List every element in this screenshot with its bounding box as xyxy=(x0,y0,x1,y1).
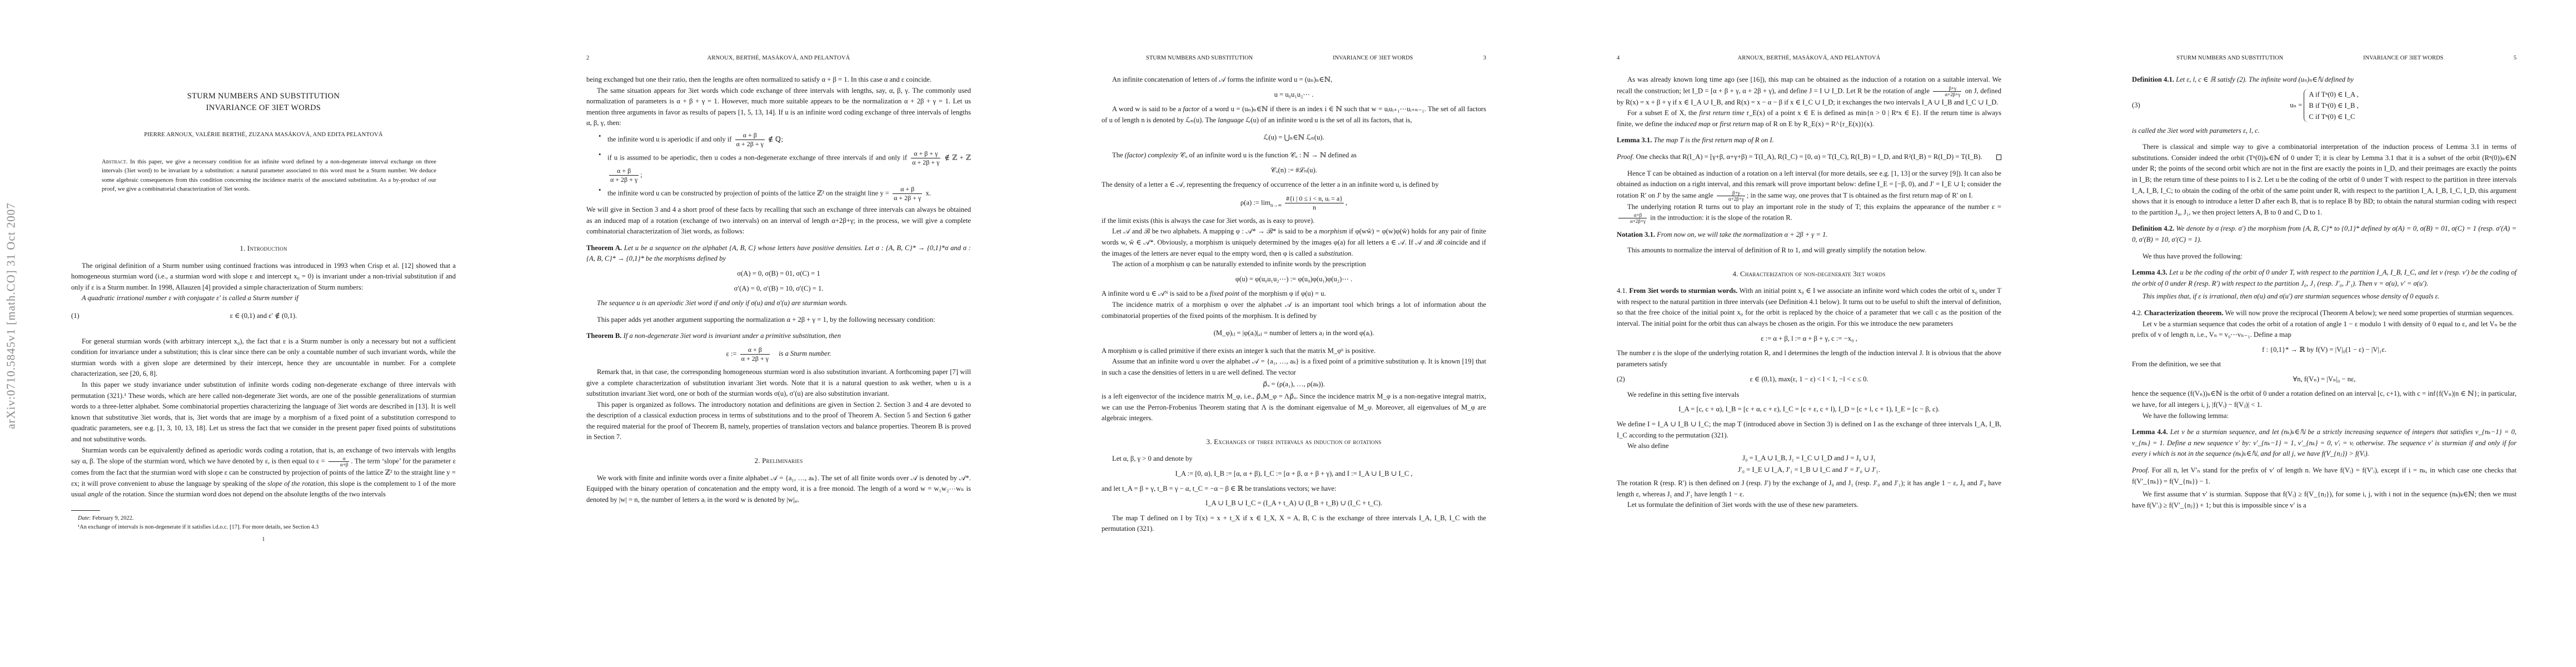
paragraph: We thus have proved the following: xyxy=(2132,251,2517,262)
equation-new-parameters: ε := α + β, l := α + β + γ, c := −x₀ , xyxy=(1617,333,2001,345)
lemma-4-3-continuation: This implies that, if ε is irrational, t… xyxy=(2132,291,2517,302)
running-header: STURM NUMBERS AND SUBSTITUTION INVARIANC… xyxy=(1102,55,1486,64)
equation-f-vn: ∀n, f(Vₙ) = |Vₙ|₀ − nε, xyxy=(2132,374,2517,385)
paragraph: We redefine in this setting five interva… xyxy=(1617,390,2001,401)
equation-phi: φ(u) = φ(u₀u₁u₂⋯) := φ(u₀)φ(u₁)φ(u₂)⋯ . xyxy=(1102,274,1486,285)
subsection-4-1: 4.1. From 3iet words to sturmian words. … xyxy=(1617,286,2001,329)
paragraph: if the limit exists (this is always the … xyxy=(1102,216,1486,227)
equation-five-intervals: I_A = [c, c + α), I_B = [c + α, c + ε), … xyxy=(1617,404,2001,415)
paragraph: Hence T can be obtained as induction of … xyxy=(1617,168,2001,202)
lemma-3-1: Lemma 3.1. The map T is the first return… xyxy=(1617,135,2001,146)
definition-4-1: Definition 4.1. Let ε, l, c ∈ ℝ satisfy … xyxy=(2132,74,2517,86)
paragraph: We work with finite and infinite words o… xyxy=(586,473,971,506)
equation-density: ρ(a) := limn→∞ #{i | 0 ≤ i < n, uᵢ = a}n… xyxy=(1102,195,1486,212)
equation-union: I_A ∪ I_B ∪ I_C = (I_A + t_A) ∪ (I_B + t… xyxy=(1102,498,1486,509)
bullet-item-projection: the infinite word u can be constructed b… xyxy=(606,185,971,202)
bullet-list: the infinite word u is aperiodic if and … xyxy=(606,131,971,202)
paragraph: The density of a letter a ∈ 𝒜, represent… xyxy=(1102,180,1486,191)
intro-paragraph-4: Sturmian words can be equivalently defin… xyxy=(71,445,456,500)
paragraph: There is classical and simple way to giv… xyxy=(2132,142,2517,218)
theorem-b: Theorem B. If a non-degenerate 3iet word… xyxy=(586,331,971,342)
page-number: 5 xyxy=(2514,55,2517,61)
paragraph: Let α, β, γ > 0 and denote by xyxy=(1102,454,1486,465)
equation-j-prime-intervals: J′₀ = I_E ∪ I_A, J′₁ = I_B ∪ I_C and J′ … xyxy=(1617,465,2001,476)
arxiv-stamp: arXiv:0710.5845v1 [math.CO] 31 Oct 2007 xyxy=(3,156,19,475)
paragraph: The same situation appears for 3iet word… xyxy=(586,86,971,129)
subsection-4-2: 4.2. Characterization theorem. We will n… xyxy=(2132,308,2517,319)
equation-3: (3) uₙ = A if Tⁿ(0) ∈ I_A , B if Tⁿ(0) ∈… xyxy=(2132,89,2517,122)
paragraph: The rotation R (resp. R′) is then define… xyxy=(1617,478,2001,500)
lemma-4-4: Lemma 4.4. Let v be a sturmian sequence,… xyxy=(2132,427,2517,460)
paragraph: The underlying rotation R turns out to p… xyxy=(1617,202,2001,225)
paragraph: hence the sequence (f(Vₙ))ₙ∈ℕ is the orb… xyxy=(2132,389,2517,410)
paragraph: The number ε is the slope of the underly… xyxy=(1617,348,2001,370)
paragraph: The (factor) complexity 𝒞ᵤ of an infinit… xyxy=(1102,150,1486,161)
footnote-1: ¹An exchange of intervals is non-degener… xyxy=(71,523,456,532)
page-2-body: being exchanged but one their ratio, the… xyxy=(586,74,971,505)
paragraph: This amounts to normalize the interval o… xyxy=(1617,245,2001,256)
running-head-authors: ARNOUX, BERTHÉ, MASÁKOVÁ, AND PELANTOVÁ xyxy=(1617,55,2001,61)
paragraph: As was already known long time ago (see … xyxy=(1617,74,2001,108)
running-header: 4 ARNOUX, BERTHÉ, MASÁKOVÁ, AND PELANTOV… xyxy=(1617,55,2001,64)
page-3: STURM NUMBERS AND SUBSTITUTION INVARIANC… xyxy=(1030,0,1546,667)
paragraph: We define I = I_A ∪ I_B ∪ I_C; the map T… xyxy=(1617,419,2001,441)
paragraph: A morphism φ is called primitive if ther… xyxy=(1102,346,1486,357)
paragraph: Assume that an infinite word u over the … xyxy=(1102,356,1486,378)
page-3-body: An infinite concatenation of letters of … xyxy=(1102,74,1486,535)
running-head-authors: ARNOUX, BERTHÉ, MASÁKOVÁ, AND PELANTOVÁ xyxy=(586,55,971,61)
paragraph: This paper adds yet another argument sup… xyxy=(586,315,971,326)
page-4-body: As was already known long time ago (see … xyxy=(1617,74,2001,511)
paragraph: The incidence matrix of a morphism φ ove… xyxy=(1102,300,1486,321)
theorem-a: Theorem A. Let u be a sequence on the al… xyxy=(586,243,971,265)
equation-1: (1) ε ∈ (0,1) and ε′ ∉ (0,1). xyxy=(71,311,456,322)
lemma-4-3: Lemma 4.3. Let u be the coding of the or… xyxy=(2132,267,2517,289)
equation-intervals: I_A := [0, α), I_B := [α, α + β), I_C :=… xyxy=(1102,469,1486,480)
paragraph: We first assume that v′ is sturmian. Sup… xyxy=(2132,489,2517,511)
page-1-intro: 1. Introduction The original definition … xyxy=(71,243,456,545)
page-2: 2 ARNOUX, BERTHÉ, MASÁKOVÁ, AND PELANTOV… xyxy=(515,0,1030,667)
paragraph: Let us formulate the definition of 3iet … xyxy=(1617,500,2001,511)
section-1-heading: 1. Introduction xyxy=(71,243,456,254)
page-1: arXiv:0710.5845v1 [math.CO] 31 Oct 2007 … xyxy=(0,0,515,667)
page-5-body: Definition 4.1. Let ε, l, c ∈ ℝ satisfy … xyxy=(2132,74,2517,511)
theorem-b-formula: ε := α + βα + 2β + γ is a Sturm number. xyxy=(586,346,971,363)
paper-title-line-1: STURM NUMBERS AND SUBSTITUTION xyxy=(71,91,456,102)
theorem-a-label: Theorem A. xyxy=(586,244,622,252)
abstract-text: In this paper, we give a necessary condi… xyxy=(102,158,436,193)
paragraph: Let v be a sturmian sequence that codes … xyxy=(2132,319,2517,341)
equation-2: (2) ε ∈ (0,1), max(ε, 1 − ε) < l < 1, −l… xyxy=(1617,374,2001,385)
footnote-date: Date: February 9, 2022. xyxy=(71,514,456,523)
page-1-body: STURM NUMBERS AND SUBSTITUTION INVARIANC… xyxy=(71,91,456,194)
section-3-heading: 3. Exchanges of three intervals as induc… xyxy=(1102,436,1486,447)
paragraph: For a subset E of X, the first return ti… xyxy=(1617,108,2001,130)
equation-1-tag: (1) xyxy=(71,311,79,322)
intro-paragraph-2: For general sturmian words (with arbitra… xyxy=(71,336,456,380)
paragraph: The action of a morphism φ can be natura… xyxy=(1102,259,1486,270)
paragraph: is a left eigenvector of the incidence m… xyxy=(1102,391,1486,424)
section-4-heading: 4. Characterization of non-degenerate 3i… xyxy=(1617,268,2001,280)
paragraph: This paper is organized as follows. The … xyxy=(586,400,971,443)
abstract-label: Abstract. xyxy=(102,158,128,165)
running-header: 2 ARNOUX, BERTHÉ, MASÁKOVÁ, AND PELANTOV… xyxy=(586,55,971,64)
intro-paragraph-3: In this paper we study invariance under … xyxy=(71,380,456,445)
proof: Proof. One checks that R(I_A) = [γ+β, α+… xyxy=(1617,152,2001,163)
equation-incidence-matrix: (M_φ)ᵢⱼ = |φ(aᵢ)|ₐⱼ = number of letters … xyxy=(1102,328,1486,339)
equation-density-vector: ρ⃗ᵤ = (ρ(a₁), …, ρ(aₖ)). xyxy=(1102,379,1486,390)
sigma-definition: σ(A) = 0, σ(B) = 01, σ(C) = 1 xyxy=(586,268,971,280)
footnote-rule xyxy=(71,510,100,511)
running-header: STURM NUMBERS AND SUBSTITUTION INVARIANC… xyxy=(2132,55,2517,64)
paragraph: A word w is said to be a factor of a wor… xyxy=(1102,104,1486,126)
equation-1-body: ε ∈ (0,1) and ε′ ∉ (0,1). xyxy=(230,312,297,320)
proof: Proof. For all n, let V′ₙ stand for the … xyxy=(2132,465,2517,487)
theorem-a-conclusion: The sequence u is an aperiodic 3iet word… xyxy=(586,298,971,309)
definition-4-2: Definition 4.2. We denote by σ (resp. σ′… xyxy=(2132,223,2517,245)
theorem-b-label: Theorem B. xyxy=(586,332,621,340)
sigma-prime-definition: σ′(A) = 0, σ′(B) = 10, σ′(C) = 1. xyxy=(586,283,971,295)
page-number: 3 xyxy=(1483,55,1486,61)
sturm-number-definition: A quadratic irrational number ε with con… xyxy=(71,293,456,304)
page-number: 1 xyxy=(71,534,456,545)
paragraph: The map T defined on I by T(x) = x + t_X… xyxy=(1102,513,1486,535)
page-4: 4 ARNOUX, BERTHÉ, MASÁKOVÁ, AND PELANTOV… xyxy=(1546,0,2061,667)
paper-title-line-2: INVARIANCE OF 3IET WORDS xyxy=(71,102,456,114)
bullet-item-aperiodic: the infinite word u is aperiodic if and … xyxy=(606,131,971,148)
paragraph: From the definition, we see that xyxy=(2132,359,2517,370)
running-head-title-left: STURM NUMBERS AND SUBSTITUTION xyxy=(1146,55,1253,61)
running-head-title-left: STURM NUMBERS AND SUBSTITUTION xyxy=(2176,55,2283,61)
definition-4-1-conclusion: is called the 3iet word with parameters … xyxy=(2132,126,2517,137)
paragraph: We have the following lemma: xyxy=(2132,411,2517,422)
paper-authors: PIERRE ARNOUX, VALÉRIE BERTHÉ, ZUZANA MA… xyxy=(71,130,456,141)
page-5: STURM NUMBERS AND SUBSTITUTION INVARIANC… xyxy=(2061,0,2576,667)
equation-language: ℒ(u) = ⋃ₙ∈ℕ ℒₙ(u). xyxy=(1102,132,1486,143)
piecewise-cases: A if Tⁿ(0) ∈ I_A , B if Tⁿ(0) ∈ I_B , C … xyxy=(2304,89,2358,122)
equation-complexity: 𝒞ᵤ(n) := #ℒₙ(u). xyxy=(1102,165,1486,176)
paragraph: Let 𝒜 and ℬ be two alphabets. A mapping … xyxy=(1102,226,1486,259)
abstract: Abstract. In this paper, we give a neces… xyxy=(102,157,436,194)
paragraph: An infinite concatenation of letters of … xyxy=(1102,74,1486,86)
paragraph: and let t_A = β + γ, t_B = γ − α, t_C = … xyxy=(1102,484,1486,495)
intro-paragraph-1: The original definition of a Sturm numbe… xyxy=(71,261,456,293)
paragraph: We will give in Section 3 and 4 a short … xyxy=(586,205,971,237)
notation-3-1: Notation 3.1. From now on, we will take … xyxy=(1617,230,2001,241)
paragraph: A infinite word u ∈ 𝒜ᴺ is said to be a f… xyxy=(1102,288,1486,300)
running-head-title-right: INVARIANCE OF 3IET WORDS xyxy=(1333,55,1413,61)
qed-icon xyxy=(1996,155,2001,160)
fraction-alpha-over-alpha-beta: αα+β xyxy=(328,456,349,467)
bullet-item-nondegenerate: if u is assumed to be aperiodic, then u … xyxy=(606,150,971,184)
running-head-title-right: INVARIANCE OF 3IET WORDS xyxy=(2363,55,2443,61)
paragraph: We also define xyxy=(1617,441,2001,452)
equation-u: u = u₀u₁u₂⋯ . xyxy=(1102,89,1486,101)
section-2-heading: 2. Preliminaries xyxy=(586,455,971,466)
equation-j-intervals: J₀ = I_A ∪ I_B, J₁ = I_C ∪ I_D and J = J… xyxy=(1617,453,2001,464)
paragraph: being exchanged but one their ratio, the… xyxy=(586,74,971,86)
equation-f-map: f : {0,1}* → ℝ by f(V) = |V|₀(1 − ε) − |… xyxy=(2132,345,2517,356)
paragraph: Remark that, in that case, the correspon… xyxy=(586,367,971,400)
